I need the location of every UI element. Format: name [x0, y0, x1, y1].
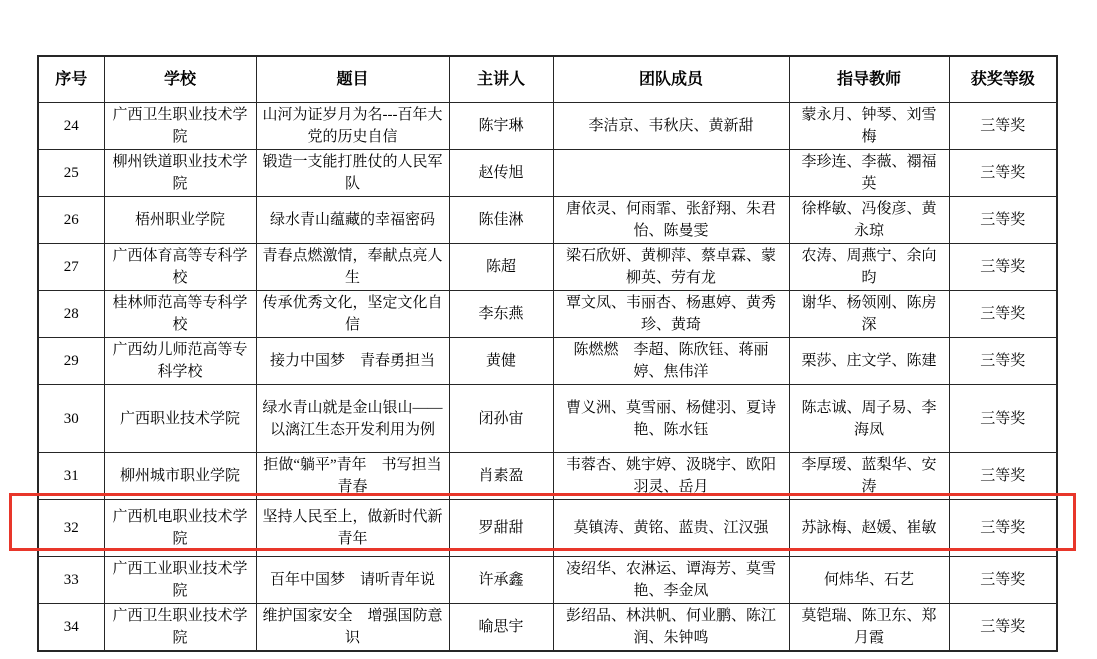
cell-index: 34 [38, 604, 104, 652]
cell-speaker: 肖素盈 [449, 453, 553, 500]
cell-school: 柳州城市职业学院 [104, 453, 256, 500]
cell-school: 梧州职业学院 [104, 197, 256, 244]
cell-title: 坚持人民至上，做新时代新青年 [256, 500, 449, 557]
cell-speaker: 许承鑫 [449, 557, 553, 604]
col-header-award: 获奖等级 [949, 56, 1057, 103]
cell-index: 32 [38, 500, 104, 557]
cell-index: 28 [38, 291, 104, 338]
cell-team: 凌绍华、农淋运、谭海芳、莫雪艳、李金凤 [553, 557, 789, 604]
col-header-title: 题目 [256, 56, 449, 103]
cell-award: 三等奖 [949, 604, 1057, 652]
table-row: 34 广西卫生职业技术学院 维护国家安全 增强国防意识 喻思宇 彭绍品、林洪帆、… [38, 604, 1057, 652]
cell-school: 桂林师范高等专科学校 [104, 291, 256, 338]
col-header-school: 学校 [104, 56, 256, 103]
cell-speaker: 陈超 [449, 244, 553, 291]
cell-team: 莫镇涛、黄铭、蓝贵、江汉强 [553, 500, 789, 557]
cell-award: 三等奖 [949, 338, 1057, 385]
cell-speaker: 黄健 [449, 338, 553, 385]
cell-award: 三等奖 [949, 103, 1057, 150]
cell-teachers: 陈志诚、周子易、李海凤 [789, 385, 949, 453]
cell-title: 绿水青山就是金山银山——以漓江生态开发利用为例 [256, 385, 449, 453]
awards-table-container: 序号 学校 题目 主讲人 团队成员 指导教师 获奖等级 24 广西卫生职业技术学… [37, 55, 1058, 652]
cell-team: 韦蓉杏、姚宇婷、汲晓宇、欧阳羽灵、岳月 [553, 453, 789, 500]
table-row: 28 桂林师范高等专科学校 传承优秀文化，坚定文化自信 李东燕 覃文凤、韦丽杏、… [38, 291, 1057, 338]
cell-school: 广西职业技术学院 [104, 385, 256, 453]
cell-title: 传承优秀文化，坚定文化自信 [256, 291, 449, 338]
cell-award: 三等奖 [949, 500, 1057, 557]
table-row: 32 广西机电职业技术学院 坚持人民至上，做新时代新青年 罗甜甜 莫镇涛、黄铭、… [38, 500, 1057, 557]
cell-team: 覃文凤、韦丽杏、杨惠婷、黄秀珍、黄琦 [553, 291, 789, 338]
cell-team: 李洁京、韦秋庆、黄新甜 [553, 103, 789, 150]
cell-teachers: 栗莎、庄文学、陈建 [789, 338, 949, 385]
table-row: 31 柳州城市职业学院 拒做“躺平”青年 书写担当青春 肖素盈 韦蓉杏、姚宇婷、… [38, 453, 1057, 500]
cell-team: 曹义洲、莫雪丽、杨健羽、夏诗艳、陈水钰 [553, 385, 789, 453]
cell-school: 广西幼儿师范高等专科学校 [104, 338, 256, 385]
cell-speaker: 陈宇琳 [449, 103, 553, 150]
cell-school: 广西卫生职业技术学院 [104, 604, 256, 652]
cell-teachers: 苏詠梅、赵媛、崔敏 [789, 500, 949, 557]
cell-award: 三等奖 [949, 150, 1057, 197]
cell-title: 接力中国梦 青春勇担当 [256, 338, 449, 385]
cell-index: 29 [38, 338, 104, 385]
cell-speaker: 罗甜甜 [449, 500, 553, 557]
cell-speaker: 赵传旭 [449, 150, 553, 197]
cell-teachers: 谢华、杨领刚、陈房深 [789, 291, 949, 338]
cell-school: 柳州铁道职业技术学院 [104, 150, 256, 197]
cell-speaker: 陈佳淋 [449, 197, 553, 244]
cell-teachers: 何炜华、石艺 [789, 557, 949, 604]
cell-index: 33 [38, 557, 104, 604]
cell-teachers: 李珍连、李薇、禤福英 [789, 150, 949, 197]
cell-title: 青春点燃激情，奉献点亮人生 [256, 244, 449, 291]
cell-school: 广西卫生职业技术学院 [104, 103, 256, 150]
page: { "table": { "headers": ["序号", "学校", "题目… [0, 0, 1097, 659]
cell-award: 三等奖 [949, 197, 1057, 244]
header-row: 序号 学校 题目 主讲人 团队成员 指导教师 获奖等级 [38, 56, 1057, 103]
col-header-speaker: 主讲人 [449, 56, 553, 103]
cell-speaker: 闭孙宙 [449, 385, 553, 453]
table-row: 29 广西幼儿师范高等专科学校 接力中国梦 青春勇担当 黄健 陈燃燃 李超、陈欣… [38, 338, 1057, 385]
cell-team: 彭绍品、林洪帆、何业鹏、陈江润、朱钟鸣 [553, 604, 789, 652]
cell-teachers: 蒙永月、钟琴、刘雪梅 [789, 103, 949, 150]
table-row: 24 广西卫生职业技术学院 山河为证岁月为名---百年大党的历史自信 陈宇琳 李… [38, 103, 1057, 150]
cell-index: 27 [38, 244, 104, 291]
table-row: 25 柳州铁道职业技术学院 锻造一支能打胜仗的人民军队 赵传旭 李珍连、李薇、禤… [38, 150, 1057, 197]
cell-teachers: 徐桦敏、冯俊彦、黄永琼 [789, 197, 949, 244]
col-header-team: 团队成员 [553, 56, 789, 103]
awards-table: 序号 学校 题目 主讲人 团队成员 指导教师 获奖等级 24 广西卫生职业技术学… [37, 55, 1058, 652]
cell-index: 24 [38, 103, 104, 150]
cell-school: 广西工业职业技术学院 [104, 557, 256, 604]
cell-teachers: 李厚瑷、蓝梨华、安涛 [789, 453, 949, 500]
cell-award: 三等奖 [949, 453, 1057, 500]
cell-title: 拒做“躺平”青年 书写担当青春 [256, 453, 449, 500]
table-row: 27 广西体育高等专科学校 青春点燃激情，奉献点亮人生 陈超 梁石欣妍、黄柳萍、… [38, 244, 1057, 291]
cell-team: 唐依灵、何雨霏、张舒翔、朱君怡、陈曼雯 [553, 197, 789, 244]
cell-award: 三等奖 [949, 291, 1057, 338]
cell-title: 山河为证岁月为名---百年大党的历史自信 [256, 103, 449, 150]
cell-team [553, 150, 789, 197]
cell-title: 锻造一支能打胜仗的人民军队 [256, 150, 449, 197]
cell-team: 梁石欣妍、黄柳萍、蔡卓霖、蒙柳英、劳有龙 [553, 244, 789, 291]
cell-team: 陈燃燃 李超、陈欣钰、蒋丽婷、焦伟洋 [553, 338, 789, 385]
cell-school: 广西机电职业技术学院 [104, 500, 256, 557]
col-header-teachers: 指导教师 [789, 56, 949, 103]
cell-award: 三等奖 [949, 244, 1057, 291]
cell-index: 26 [38, 197, 104, 244]
cell-index: 31 [38, 453, 104, 500]
cell-title: 绿水青山蕴藏的幸福密码 [256, 197, 449, 244]
cell-index: 30 [38, 385, 104, 453]
cell-index: 25 [38, 150, 104, 197]
cell-title: 维护国家安全 增强国防意识 [256, 604, 449, 652]
cell-teachers: 农涛、周燕宁、余向昀 [789, 244, 949, 291]
cell-speaker: 李东燕 [449, 291, 553, 338]
cell-title: 百年中国梦 请听青年说 [256, 557, 449, 604]
cell-award: 三等奖 [949, 385, 1057, 453]
cell-school: 广西体育高等专科学校 [104, 244, 256, 291]
cell-teachers: 莫铠瑞、陈卫东、郑月霞 [789, 604, 949, 652]
cell-award: 三等奖 [949, 557, 1057, 604]
table-row: 26 梧州职业学院 绿水青山蕴藏的幸福密码 陈佳淋 唐依灵、何雨霏、张舒翔、朱君… [38, 197, 1057, 244]
table-row: 33 广西工业职业技术学院 百年中国梦 请听青年说 许承鑫 凌绍华、农淋运、谭海… [38, 557, 1057, 604]
cell-speaker: 喻思宇 [449, 604, 553, 652]
table-row: 30 广西职业技术学院 绿水青山就是金山银山——以漓江生态开发利用为例 闭孙宙 … [38, 385, 1057, 453]
col-header-index: 序号 [38, 56, 104, 103]
